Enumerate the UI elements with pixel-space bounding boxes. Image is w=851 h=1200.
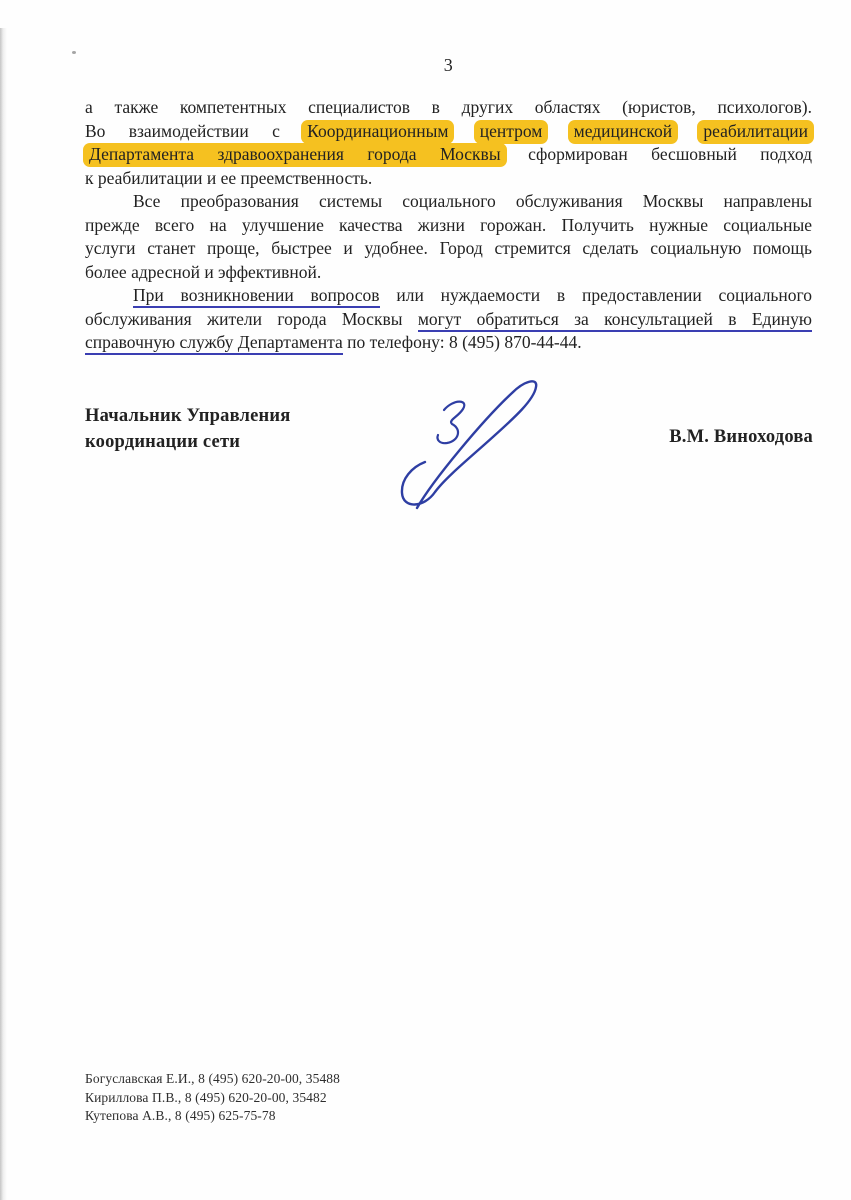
underlined-text: могут обратиться за консультацией в Един…: [418, 309, 812, 332]
text-segment: сформирован бесшовный подход: [528, 144, 812, 164]
text-segment: по телефону: 8 (495) 870-44-44.: [347, 332, 582, 352]
document-body: а также компетентных специалистов в друг…: [85, 96, 812, 355]
text-segment: Во взаимодействии с: [85, 121, 280, 141]
footer-contact-line: Богуславская Е.И., 8 (495) 620-20-00, 35…: [85, 1070, 340, 1089]
signer-name: В.М. Виноходова: [669, 427, 813, 448]
footer-contact-line: Кутепова А.В., 8 (495) 625-75-78: [85, 1107, 340, 1126]
text-segment: или нуждаемости в предоставлении социаль…: [396, 285, 812, 305]
scan-edge-shadow: [0, 28, 7, 1200]
text-line: Департамента здравоохранения города Моск…: [85, 143, 812, 167]
text-line: более адресной и эффективной.: [85, 261, 812, 285]
document-page: 3 а также компетентных специалистов в др…: [0, 0, 851, 1200]
text-segment: обслуживания жители города Москвы: [85, 309, 402, 329]
text-line: к реабилитации и ее преемственность.: [85, 167, 812, 191]
text-line: Во взаимодействии с Координационным цент…: [85, 120, 812, 144]
text-line: Все преобразования системы социального о…: [85, 190, 812, 214]
highlighted-text: медицинской: [568, 120, 678, 144]
text-line: а также компетентных специалистов в друг…: [85, 96, 812, 120]
text-line: услуги станет проще, быстрее и удобнее. …: [85, 237, 812, 261]
text-line: обслуживания жители города Москвы могут …: [85, 308, 812, 332]
text-segment: Все преобразования системы социального о…: [133, 191, 812, 211]
text-segment: услуги станет проще, быстрее и удобнее. …: [85, 238, 812, 258]
footer-contacts: Богуславская Е.И., 8 (495) 620-20-00, 35…: [85, 1070, 340, 1126]
signer-title: Начальник Управления координации сети: [85, 403, 290, 455]
text-segment: более адресной и эффективной.: [85, 262, 321, 282]
scan-dot-artifact: [72, 51, 76, 54]
highlighted-text: Координационным: [301, 120, 454, 144]
page-number: 3: [85, 55, 812, 76]
highlighted-text: реабилитации: [697, 120, 814, 144]
highlighted-text: центром: [474, 120, 549, 144]
signer-title-line2: координации сети: [85, 429, 290, 455]
text-segment: а также компетентных специалистов в друг…: [85, 97, 812, 117]
text-line: справочную службу Департамента по телефо…: [85, 331, 812, 355]
underlined-text: справочную службу Департамента: [85, 332, 343, 355]
footer-contact-line: Кириллова П.В., 8 (495) 620-20-00, 35482: [85, 1089, 340, 1108]
text-segment: прежде всего на улучшение качества жизни…: [85, 215, 812, 235]
text-line: При возникновении вопросов или нуждаемос…: [85, 284, 812, 308]
highlighted-text: Департамента здравоохранения города Моск…: [83, 143, 507, 167]
handwritten-signature: [385, 366, 560, 516]
text-line: прежде всего на улучшение качества жизни…: [85, 214, 812, 238]
signer-title-line1: Начальник Управления: [85, 403, 290, 429]
underlined-text: При возникновении вопросов: [133, 285, 380, 308]
text-segment: к реабилитации и ее преемственность.: [85, 168, 372, 188]
